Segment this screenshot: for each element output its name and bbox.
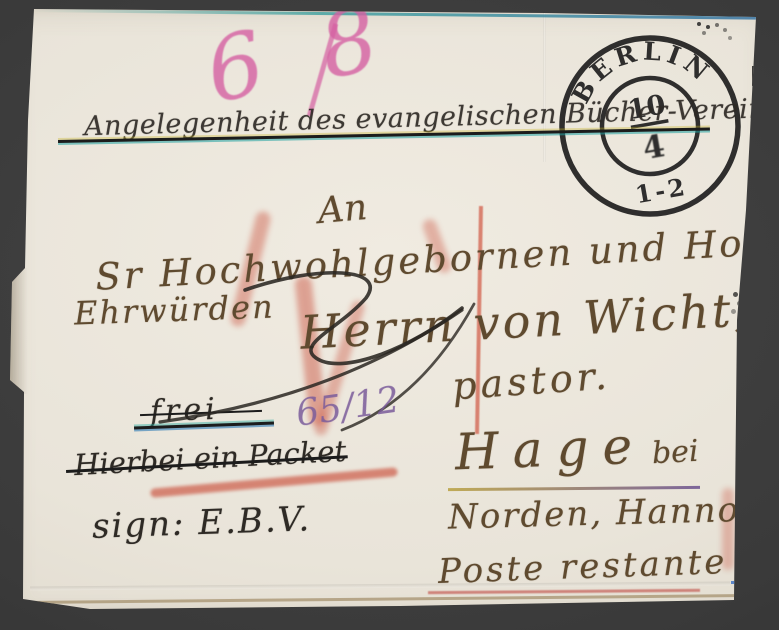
poste-restante-note: Poste restante xyxy=(437,545,727,589)
destination-region: Norden, Hannover xyxy=(448,491,779,534)
postmark-time: 1-2 xyxy=(633,172,690,210)
sign-note: sign: E.B.V. xyxy=(91,502,311,544)
ink-speck-cluster-top-right xyxy=(697,22,701,26)
envelope: 6 8 BERLIN 10 4 1-2 Angelegenheit des ev… xyxy=(0,0,779,630)
destination-town: Hage xyxy=(454,421,647,478)
destination-connector: bei xyxy=(651,437,699,469)
postmark-month: 4 xyxy=(640,128,668,167)
salutation-an: An xyxy=(317,190,369,230)
blue-dash-bottom-right xyxy=(731,581,751,584)
left-flap-shade xyxy=(10,268,28,394)
l-shaped-ink-mark xyxy=(752,66,763,86)
photo-background: 6 8 BERLIN 10 4 1-2 Angelegenheit des ev… xyxy=(0,0,779,630)
right-edge-ink-smudge xyxy=(733,292,738,297)
